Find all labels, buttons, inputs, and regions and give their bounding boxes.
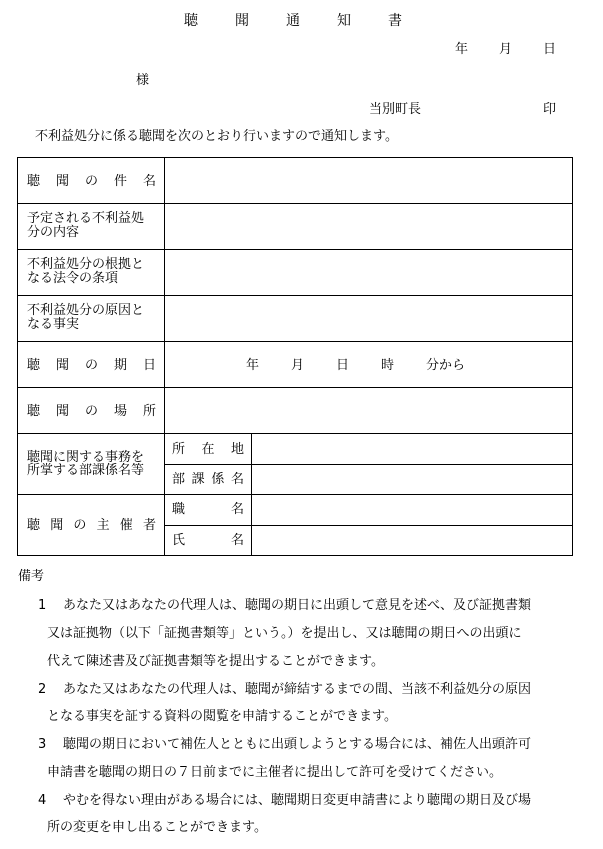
table-border-right [572,157,573,556]
note-number: 1 [38,599,46,612]
label-line: 不利益処分の原因と [27,304,144,318]
date-part-day: 日 [336,359,349,372]
label-char: 課 [192,473,205,486]
label-char: 聴 [27,519,40,532]
label-department: 部 課 係 名 [172,473,244,486]
label-line: 所掌する部課係名等 [27,464,144,477]
value-department[interactable] [252,465,572,494]
label-char: 期 [114,359,127,372]
label-char: 所 [143,405,156,418]
note-line: 所の変更を申し出ることができます。 [47,821,267,834]
label-full-name: 氏 名 [172,534,244,547]
label-char: 件 [114,175,127,188]
date-part-month: 月 [291,359,304,372]
label-char: 場 [114,405,127,418]
label-hearing-subject: 聴 聞 の 件 名 [27,175,156,188]
label-office-group: 聴聞に関する事務を 所掌する部課係名等 [27,451,144,477]
intro-text: 不利益処分に係る聴聞を次のとおり行いますので通知します。 [35,130,398,143]
label-char: の [73,519,86,532]
note-line: 代えて陳述書及び証拠書類等を提出することができます。 [47,655,384,668]
label-char: 地 [231,443,244,456]
label-char: 在 [201,443,214,456]
note-number: 4 [38,794,46,807]
label-char: 聞 [56,359,69,372]
title-char: 知 [337,14,351,28]
label-host: 聴 聞 の 主 催 者 [27,519,156,532]
label-char: 者 [143,519,156,532]
label-char: 名 [231,503,244,516]
note-number: 3 [38,738,46,751]
label-line: なる事実 [27,318,144,332]
label-causal-facts: 不利益処分の原因と なる事実 [27,304,144,332]
title-char: 聞 [235,14,249,28]
value-hearing-subject[interactable] [165,158,572,203]
label-char: 名 [143,175,156,188]
table-border-bottom [17,555,573,556]
value-planned-disposition[interactable] [165,204,572,249]
note-line: あなた又はあなたの代理人は、聴聞の期日に出頭して意見を述べ、及び証拠書類 [63,599,531,612]
label-char: の [85,175,98,188]
value-legal-basis[interactable] [165,250,572,295]
document-title: 聴 聞 通 知 書 [184,14,402,28]
label-char: 氏 [172,534,185,547]
label-char: の [85,359,98,372]
date-line: 年 月 日 [455,43,556,56]
value-hearing-place[interactable] [165,388,572,433]
label-legal-basis: 不利益処分の根拠と なる法令の条項 [27,258,144,286]
label-planned-disposition: 予定される不利益処 分の内容 [27,212,144,240]
date-day: 日 [543,43,556,56]
label-location: 所 在 地 [172,443,244,456]
row-line [17,341,573,342]
label-char: 聞 [56,405,69,418]
date-month: 月 [499,43,512,56]
label-line: なる法令の条項 [27,272,144,286]
label-hearing-date: 聴 聞 の 期 日 [27,359,156,372]
value-job-title[interactable] [252,495,572,525]
label-char: 主 [97,519,110,532]
label-char: 聴 [27,359,40,372]
note-line: やむを得ない理由がある場合には、聴聞期日変更申請書により聴聞の期日及び場 [63,794,531,807]
value-causal-facts[interactable] [165,296,572,341]
label-char: 聞 [50,519,63,532]
title-char: 通 [286,14,300,28]
label-char: 名 [231,534,244,547]
note-line: あなた又はあなたの代理人は、聴聞が締結するまでの間、当該不利益処分の原因 [63,683,531,696]
seal-mark: 印 [543,103,556,116]
label-char: 職 [172,503,185,516]
value-full-name[interactable] [252,526,572,555]
table-border-left [17,157,18,556]
issuer-name: 当別町長 [369,103,421,116]
label-char: の [85,405,98,418]
title-char: 書 [388,14,402,28]
label-char: 聞 [56,175,69,188]
note-line: 聴聞の期日において補佐人とともに出頭しようとする場合には、補佐人出頭許可 [63,738,531,751]
label-hearing-place: 聴 聞 の 場 所 [27,405,156,418]
note-line: 又は証拠物（以下「証拠書類等」という。）を提出し、又は聴聞の期日への出頭に [47,627,522,640]
label-line: 分の内容 [27,226,144,240]
label-char: 名 [231,473,244,486]
date-part-minute: 分から [426,359,465,372]
date-part-year: 年 [246,359,259,372]
label-char: 所 [172,443,185,456]
value-location[interactable] [252,434,572,464]
label-char: 聴 [27,405,40,418]
label-line: 不利益処分の根拠と [27,258,144,272]
label-char: 催 [120,519,133,532]
date-part-hour: 時 [381,359,394,372]
value-hearing-date[interactable]: 年 月 日 時 分から [246,359,465,372]
label-char: 部 [172,473,185,486]
label-job-title: 職 名 [172,503,244,516]
notes-heading: 備考 [18,570,44,583]
note-line: 申請書を聴聞の期日の７日前までに主催者に提出して許可を受けてください。 [47,766,502,779]
note-line: となる事実を証する資料の閲覧を申請することができます。 [47,710,397,723]
date-year: 年 [455,43,468,56]
addressee-suffix: 様 [136,74,149,87]
label-char: 聴 [27,175,40,188]
label-char: 日 [143,359,156,372]
note-number: 2 [38,683,46,696]
label-line: 予定される不利益処 [27,212,144,226]
title-char: 聴 [184,14,198,28]
label-char: 係 [211,473,224,486]
